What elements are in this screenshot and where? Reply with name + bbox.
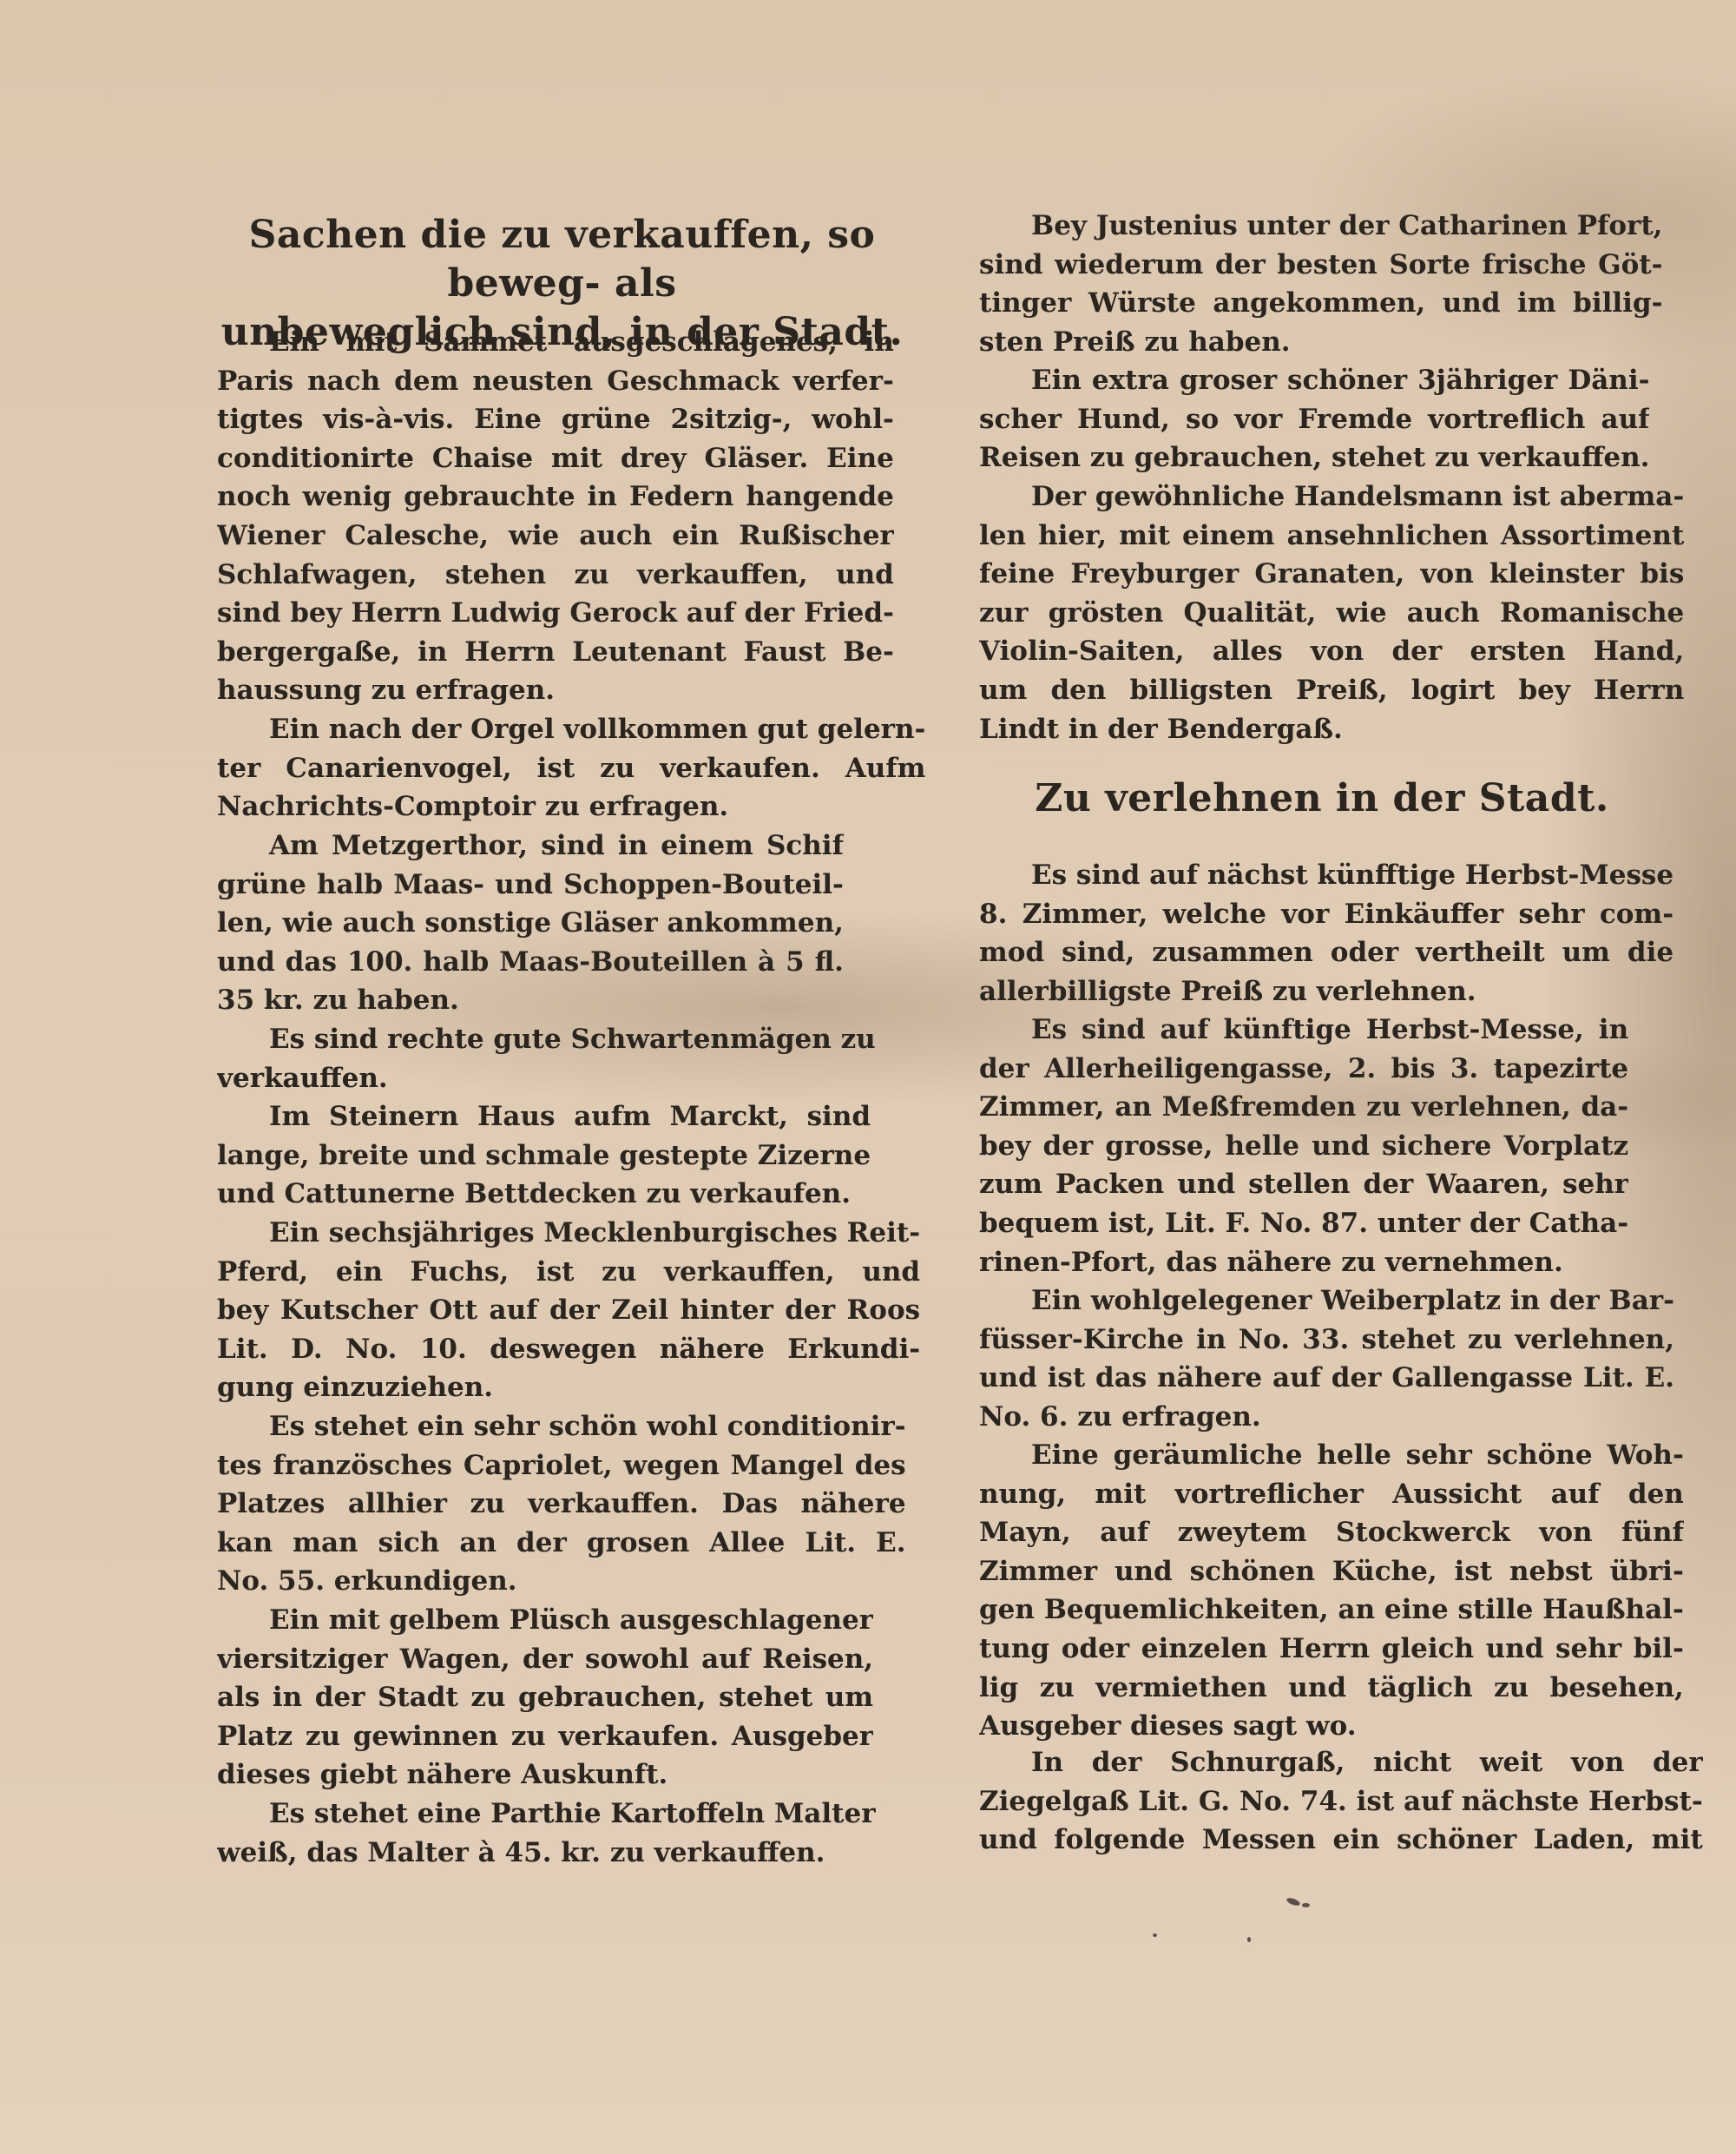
ad-line: Lindt in der Bendergaß. [979, 710, 1684, 749]
ad-line: weiß, das Malter à 45. kr. zu verkauffen… [217, 1834, 876, 1873]
ad-line: sind bey Herrn Ludwig Gerock auf der Fri… [217, 594, 894, 633]
ad-line: kan man sich an der grosen Allee Lit. E. [217, 1524, 906, 1563]
ad-line: viersitziger Wagen, der sowohl auf Reise… [217, 1640, 873, 1679]
ad-line: Zimmer, an Meßfremden zu verlehnen, da- [979, 1088, 1628, 1127]
ad-line: mod sind, zusammen oder vertheilt um die [979, 933, 1674, 972]
ad-line: dieses giebt nähere Auskunft. [217, 1755, 873, 1795]
ad-church-seat: Ein wohlgelegener Weiberplatz in der Bar… [979, 1281, 1674, 1436]
ad-line: gung einzuziehen. [217, 1368, 920, 1407]
ad-line: Platz zu gewinnen zu verkaufen. Ausgeber [217, 1717, 873, 1756]
ad-line: sten Preiß zu haben. [979, 323, 1662, 362]
ad-line: Im Steinern Haus aufm Marckt, sind [217, 1097, 871, 1136]
ad-line: ter Canarienvogel, ist zu verkaufen. Auf… [217, 749, 925, 788]
ad-line: Paris nach dem neusten Geschmack verfer- [217, 362, 894, 401]
ad-line: und das 100. halb Maas-Bouteillen à 5 fl… [217, 943, 844, 982]
ad-line: Schlafwagen, stehen zu verkauffen, und [217, 556, 894, 595]
ad-line: und Cattunerne Bettdecken zu verkaufen. [217, 1175, 871, 1214]
ad-line: füsser-Kirche in No. 33. stehet zu verle… [979, 1321, 1674, 1360]
section-title-for-rent: Zu verlehnen in der Stadt. [979, 774, 1665, 823]
ad-plush-wagon: Ein mit gelbem Plüsch ausgeschlagener vi… [217, 1601, 873, 1795]
ad-tapestried-rooms: Es sind auf künftige Herbst-Messe, in de… [979, 1011, 1628, 1281]
ad-shop-schnurgass: In der Schnurgaß, nicht weit von der Zie… [979, 1743, 1703, 1860]
ink-speck [1247, 1937, 1251, 1942]
ad-line: Nachrichts-Comptoir zu erfragen. [217, 787, 925, 827]
ad-line: grüne halb Maas- und Schoppen-Bouteil- [217, 866, 844, 905]
ad-line: und folgende Messen ein schöner Laden, m… [979, 1821, 1703, 1860]
ad-line: verkauffen. [217, 1059, 876, 1098]
ad-line: nung, mit vortreflicher Aussicht auf den [979, 1475, 1684, 1514]
ad-line: zum Packen und stellen der Waaren, sehr [979, 1165, 1628, 1204]
title-line: Sachen die zu verkauffen, so beweg- als [217, 211, 907, 308]
ad-line: sind wiederum der besten Sorte frische G… [979, 246, 1662, 285]
ad-line: und ist das nähere auf der Gallengasse L… [979, 1359, 1674, 1398]
ink-speck [1302, 1903, 1310, 1907]
ad-line: len, wie auch sonstige Gläser ankommen, [217, 904, 844, 943]
ad-line: Lit. D. No. 10. deswegen nähere Erkundi- [217, 1330, 920, 1369]
ad-goettingen-sausages: Bey Justenius unter der Catharinen Pfort… [979, 207, 1662, 361]
ad-line: Ein nach der Orgel vollkommen gut gelern… [217, 710, 925, 749]
ad-potatoes: Es stehet eine Parthie Kartoffeln Malter… [217, 1795, 876, 1872]
ad-line: Ein wohlgelegener Weiberplatz in der Bar… [979, 1281, 1674, 1321]
ad-line: Zimmer und schönen Küche, ist nebst übri… [979, 1552, 1684, 1591]
ad-line: Eine geräumliche helle sehr schöne Woh- [979, 1436, 1684, 1475]
ad-canary-bird: Ein nach der Orgel vollkommen gut gelern… [217, 710, 925, 827]
ad-line: Ein mit Sammet ausgeschlagenes, in [217, 323, 894, 362]
ad-capriolet: Es stehet ein sehr schön wohl conditioni… [217, 1407, 906, 1601]
ad-line: noch wenig gebrauchte in Federn hangende [217, 478, 894, 517]
ink-speck [1286, 1896, 1300, 1907]
ad-schwartenmaegen: Es sind rechte gute Schwartenmägen zu ve… [217, 1020, 876, 1097]
ad-line: haussung zu erfragen. [217, 671, 894, 710]
ad-line: 35 kr. zu haben. [217, 981, 844, 1020]
ad-line: Ausgeber dieses sagt wo. [979, 1707, 1684, 1746]
ad-line: Pferd, ein Fuchs, ist zu verkauffen, und [217, 1253, 920, 1292]
ad-line: Am Metzgerthor, sind in einem Schif [217, 827, 844, 866]
ad-line: conditionirte Chaise mit drey Gläser. Ei… [217, 439, 894, 478]
ad-line: Mayn, auf zweytem Stockwerck von fünf [979, 1513, 1684, 1552]
ad-line: zur grösten Qualität, wie auch Romanisch… [979, 594, 1684, 633]
ad-line: Wiener Caleschе, wie auch ein Rußischer [217, 517, 894, 556]
ad-line: lig zu vermiethen und täglich zu besehen… [979, 1669, 1684, 1708]
ad-line: 8. Zimmer, welche vor Einkäuffer sehr co… [979, 895, 1674, 934]
ad-line: No. 55. erkundigen. [217, 1562, 906, 1601]
ad-line: tung oder einzelen Herrn gleich und sehr… [979, 1630, 1684, 1669]
ad-riding-horse: Ein sechsjähriges Mecklenburgisches Reit… [217, 1214, 920, 1407]
ad-line: um den billigsten Preiß, logirt bey Herr… [979, 671, 1684, 710]
ad-line: tigtes vis-à-vis. Eine grüne 2sitzig-, w… [217, 400, 894, 439]
ad-line: der Allerheiligengasse, 2. bis 3. tapezi… [979, 1050, 1628, 1089]
ad-line: Ein extra groser schöner 3jähriger Däni- [979, 361, 1649, 400]
ad-line: gen Bequemlichkeiten, an eine stille Hau… [979, 1591, 1684, 1630]
ad-line: tinger Würste angekommen, und im billig- [979, 284, 1662, 323]
ad-garnets-violin-strings: Der gewöhnliche Handelsmann ist aberma- … [979, 478, 1684, 748]
ad-line: scher Hund, so vor Fremde vortreflich au… [979, 400, 1649, 439]
ad-line: Reisen zu gebrauchen, stehet zu verkauff… [979, 438, 1649, 478]
ad-line: len hier, mit einem ansehnlichen Assorti… [979, 517, 1684, 556]
ad-line: bey der grosse, helle und sichere Vorpla… [979, 1127, 1628, 1166]
ad-line: allerbilligste Preiß zu verlehnen. [979, 972, 1674, 1011]
ad-line: bequem ist, Lit. F. No. 87. unter der Ca… [979, 1204, 1628, 1243]
ad-line: In der Schnurgaß, nicht weit von der [979, 1743, 1703, 1782]
ad-vis-a-vis-carriages: Ein mit Sammet ausgeschlagenes, in Paris… [217, 323, 894, 710]
ad-line: Der gewöhnliche Handelsmann ist aberma- [979, 478, 1684, 517]
ad-line: als in der Stadt zu gebrauchen, stehet u… [217, 1678, 873, 1717]
ad-line: bey Kutscher Ott auf der Zeil hinter der… [217, 1291, 920, 1330]
ad-line: Violin-Saiten, alles von der ersten Hand… [979, 632, 1684, 671]
ad-line: tes französches Capriolet, wegen Mangel … [217, 1446, 906, 1485]
ink-speck [1153, 1933, 1157, 1937]
ad-line: Es sind auf künftige Herbst-Messe, in [979, 1011, 1628, 1050]
ad-line: Bey Justenius unter der Catharinen Pfort… [979, 207, 1662, 246]
ad-apartment-main-view: Eine geräumliche helle sehr schöne Woh- … [979, 1436, 1684, 1746]
ad-line: Es sind rechte gute Schwartenmägen zu [217, 1020, 876, 1059]
aged-paper-page: Sachen die zu verkauffen, so beweg- als … [0, 0, 1736, 2154]
ad-line: Es stehet eine Parthie Kartoffeln Malter [217, 1795, 876, 1834]
ad-line: Platzes allhier zu verkauffen. Das näher… [217, 1485, 906, 1524]
ad-line: Es stehet ein sehr schön wohl conditioni… [217, 1407, 906, 1446]
ad-line: Ziegelgaß Lit. G. No. 74. ist auf nächst… [979, 1782, 1703, 1821]
ad-line: rinen-Pfort, das nähere zu vernehmen. [979, 1243, 1628, 1282]
ad-line: Es sind auf nächst künfftige Herbst-Mess… [979, 856, 1674, 895]
ad-bottles-metzgerthor: Am Metzgerthor, sind in einem Schif grün… [217, 827, 844, 1020]
ad-bedcovers: Im Steinern Haus aufm Marckt, sind lange… [217, 1097, 871, 1214]
ad-line: lange, breite und schmale gestepte Zizer… [217, 1136, 871, 1176]
ad-line: Ein mit gelbem Plüsch ausgeschlagener [217, 1601, 873, 1640]
ad-eight-rooms: Es sind auf nächst künfftige Herbst-Mess… [979, 856, 1674, 1011]
ad-line: feine Freyburger Granaten, von kleinster… [979, 555, 1684, 594]
ad-danish-dog: Ein extra groser schöner 3jähriger Däni-… [979, 361, 1649, 478]
ad-line: Ein sechsjähriges Mecklenburgisches Reit… [217, 1214, 920, 1253]
ad-line: bergergaße, in Herrn Leutenant Faust Be- [217, 633, 894, 672]
ad-line: No. 6. zu erfragen. [979, 1398, 1674, 1437]
